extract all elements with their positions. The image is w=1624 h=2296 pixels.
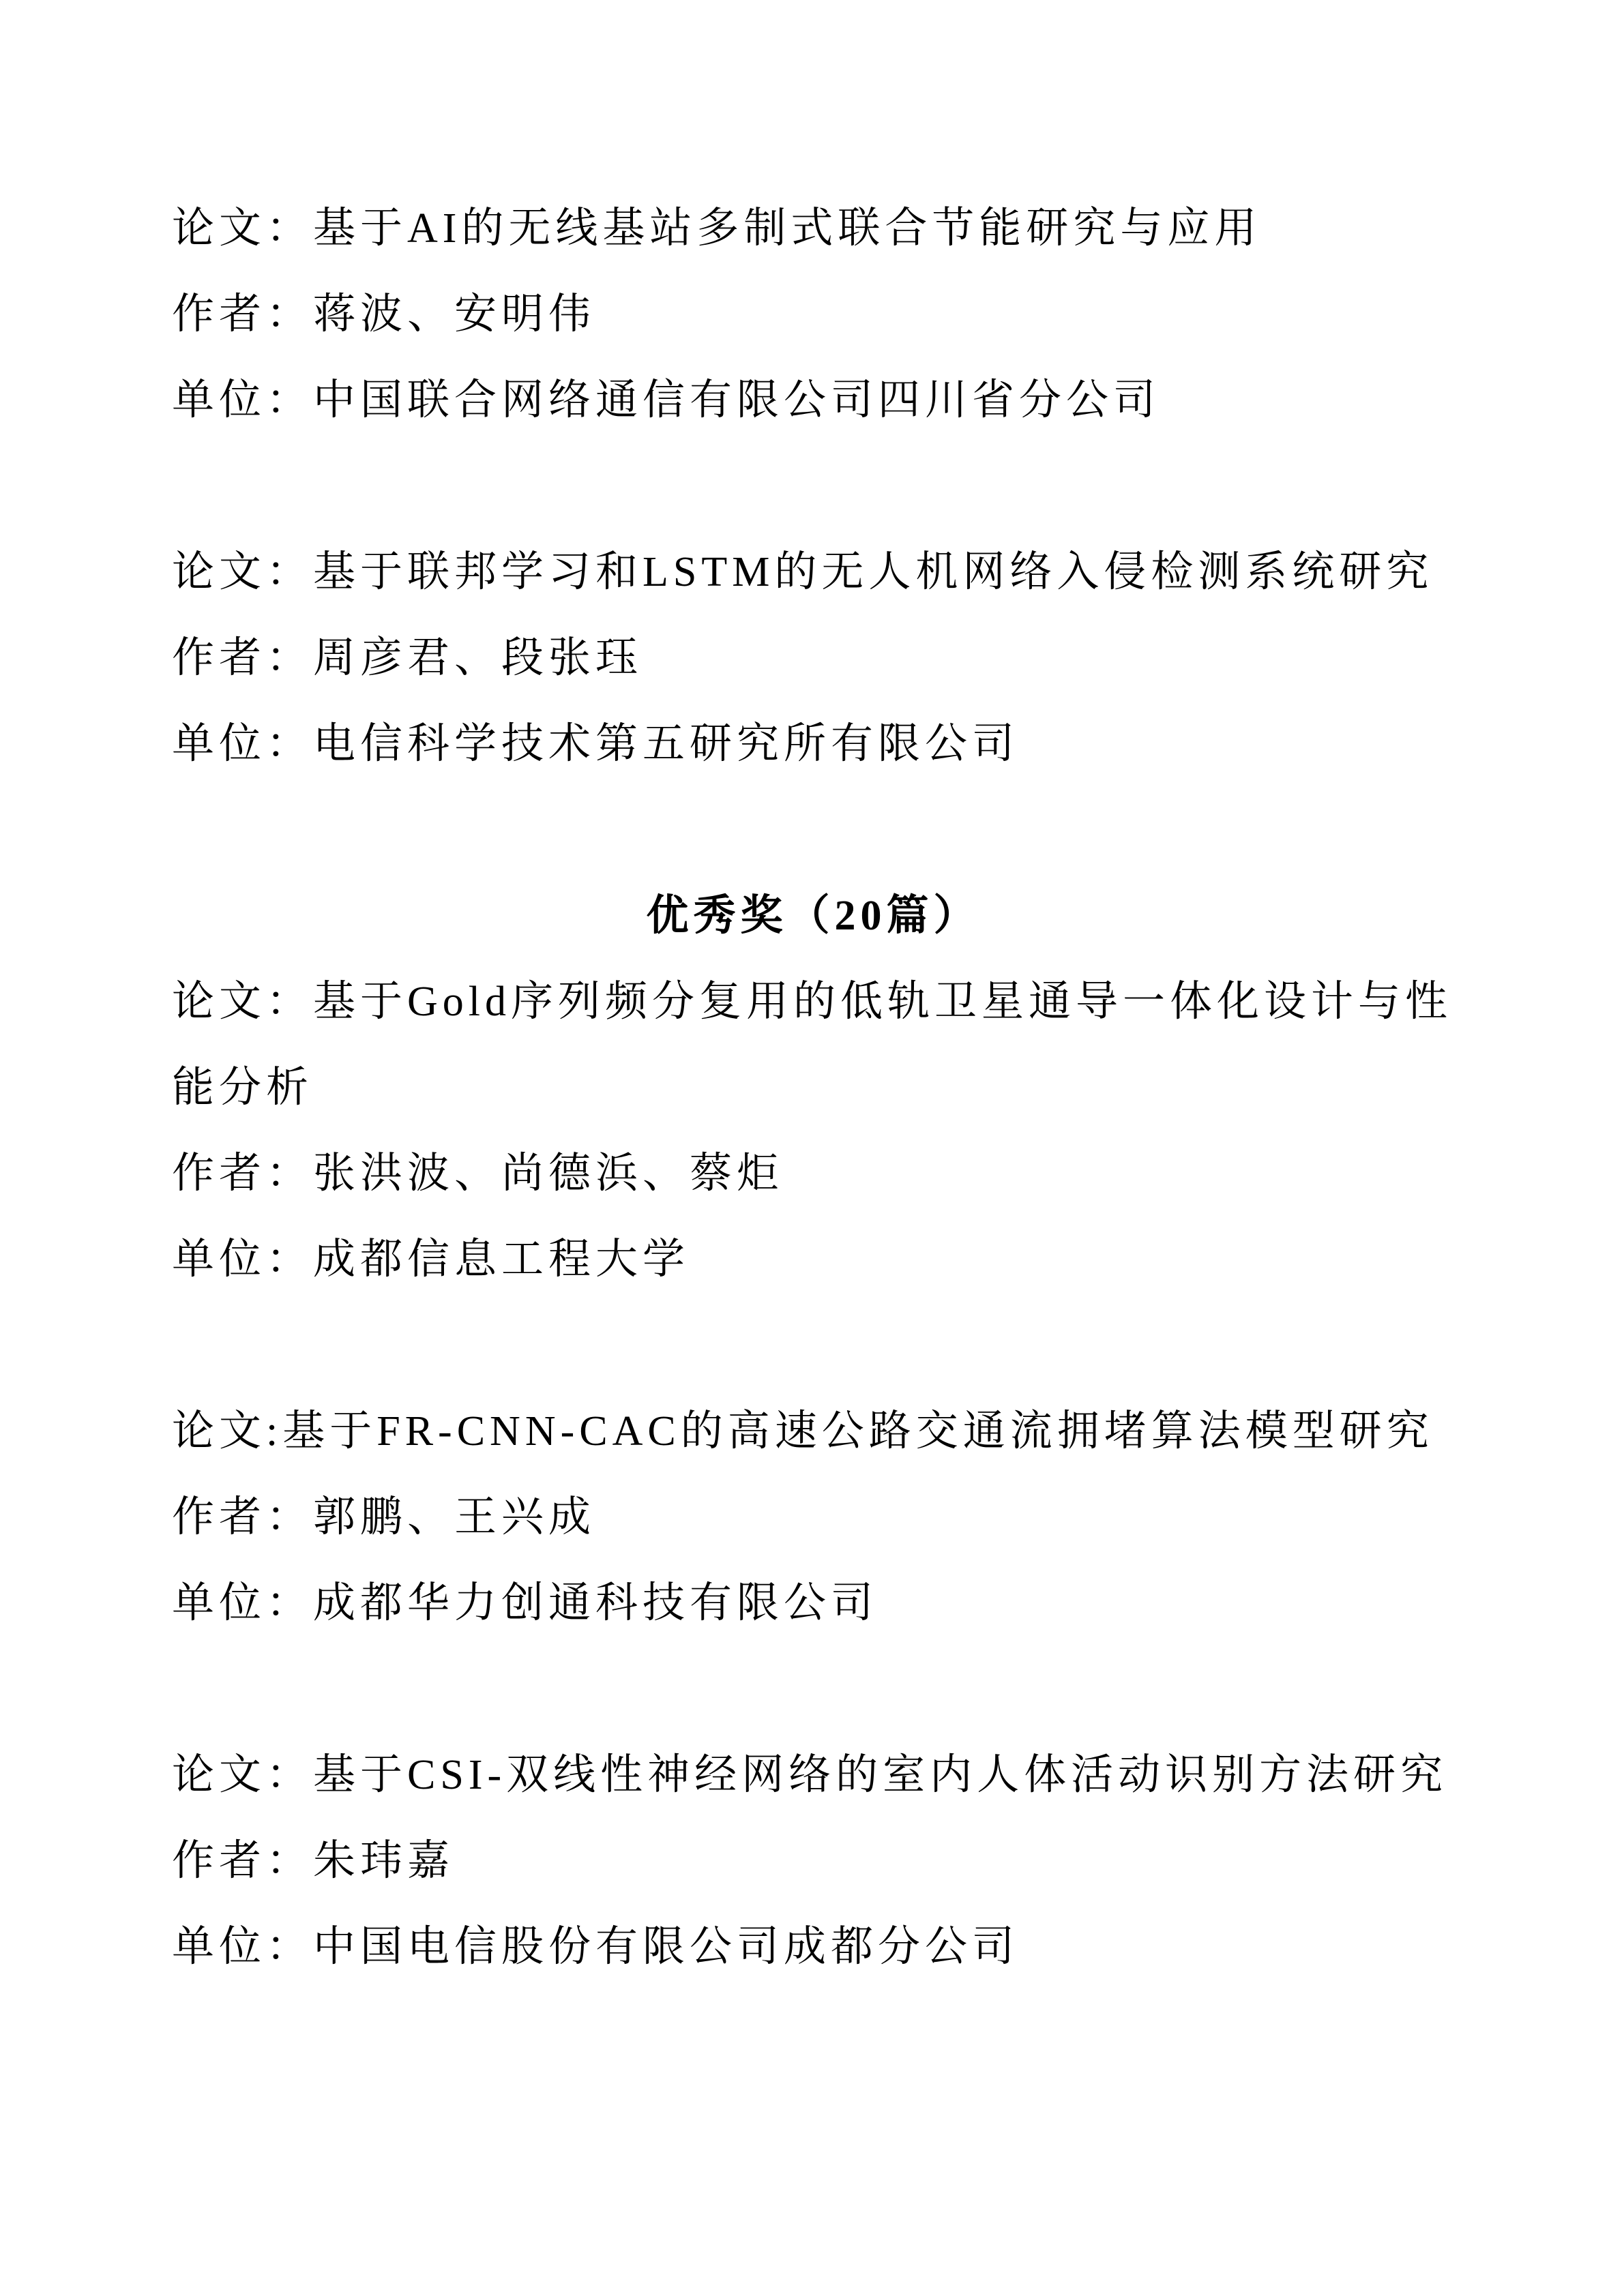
paper-title-line: 论文：基于Gold序列频分复用的低轨卫星通导一体化设计与性能分析: [172, 959, 1455, 1131]
paper-entry: 论文：基于AI的无线基站多制式联合节能研究与应用 作者：蒋波、安明伟 单位：中国…: [172, 185, 1455, 443]
paper-authors-line: 作者：郭鹏、王兴成: [172, 1474, 1455, 1560]
paper-title-line: 论文:基于FR-CNN-CAC的高速公路交通流拥堵算法模型研究: [172, 1388, 1455, 1474]
paper-entry: 论文:基于FR-CNN-CAC的高速公路交通流拥堵算法模型研究 作者：郭鹏、王兴…: [172, 1388, 1455, 1646]
paper-org-line: 单位：成都信息工程大学: [172, 1217, 1455, 1302]
paper-authors-line: 作者：张洪波、尚德浜、蔡炬: [172, 1131, 1455, 1217]
award-entries-top: 论文：基于AI的无线基站多制式联合节能研究与应用 作者：蒋波、安明伟 单位：中国…: [172, 185, 1455, 787]
paper-authors-line: 作者：蒋波、安明伟: [172, 271, 1455, 357]
paper-org-line: 单位：成都华力创通科技有限公司: [172, 1560, 1455, 1646]
paper-authors-line: 作者：朱玮嘉: [172, 1818, 1455, 1904]
award-section-heading: 优秀奖（20篇）: [172, 873, 1455, 959]
paper-title-line: 论文：基于CSI-双线性神经网络的室内人体活动识别方法研究: [172, 1732, 1455, 1818]
paper-org-line: 单位：中国联合网络通信有限公司四川省分公司: [172, 357, 1455, 443]
paper-entry: 论文：基于联邦学习和LSTM的无人机网络入侵检测系统研究 作者：周彦君、段张珏 …: [172, 529, 1455, 787]
award-entries-bottom: 论文：基于Gold序列频分复用的低轨卫星通导一体化设计与性能分析 作者：张洪波、…: [172, 959, 1455, 1990]
paper-entry: 论文：基于Gold序列频分复用的低轨卫星通导一体化设计与性能分析 作者：张洪波、…: [172, 959, 1455, 1302]
document-page: 论文：基于AI的无线基站多制式联合节能研究与应用 作者：蒋波、安明伟 单位：中国…: [0, 0, 1624, 2296]
paper-org-line: 单位：电信科学技术第五研究所有限公司: [172, 701, 1455, 787]
paper-org-line: 单位：中国电信股份有限公司成都分公司: [172, 1904, 1455, 1990]
paper-title-line: 论文：基于联邦学习和LSTM的无人机网络入侵检测系统研究: [172, 529, 1455, 615]
paper-entry: 论文：基于CSI-双线性神经网络的室内人体活动识别方法研究 作者：朱玮嘉 单位：…: [172, 1732, 1455, 1990]
paper-title-line: 论文：基于AI的无线基站多制式联合节能研究与应用: [172, 185, 1455, 271]
paper-authors-line: 作者：周彦君、段张珏: [172, 615, 1455, 701]
